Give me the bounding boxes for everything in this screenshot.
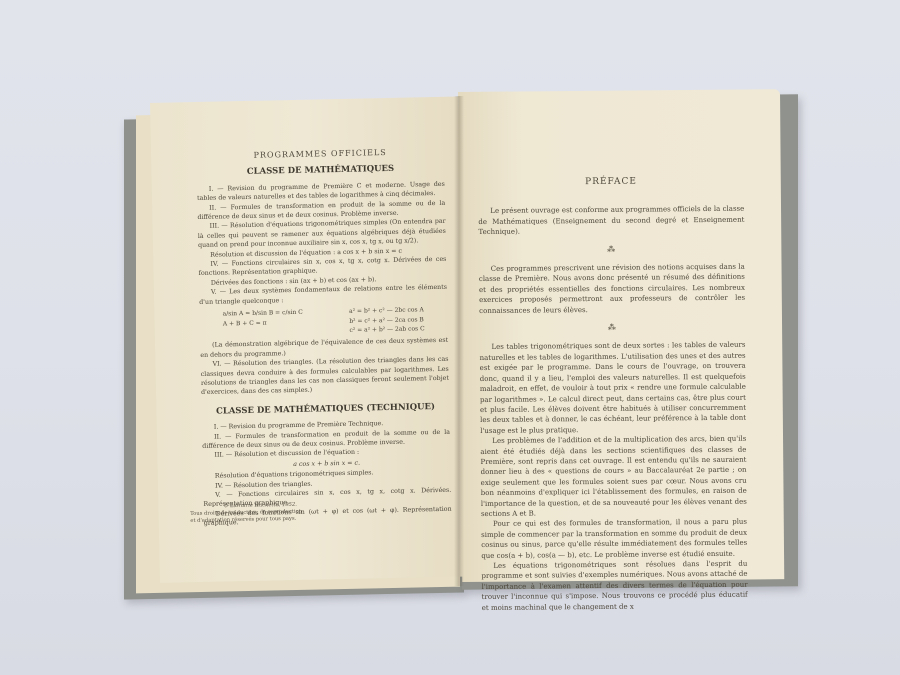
open-book: PROGRAMMES OFFICIELS CLASSE DE MATHÉMATI… [0, 0, 900, 675]
equation-systems: a/sin A = b/sin B = c/sin C A + B + C = … [199, 305, 448, 338]
paragraph: Ces programmes prescrivent une révision … [479, 262, 745, 316]
equation: a/sin A = b/sin B = c/sin C [223, 308, 303, 319]
asterism-separator: ⁂ [479, 322, 745, 335]
paragraph: Le présent ouvrage est conforme aux prog… [478, 204, 744, 238]
paragraph: V. — Les deux systèmes fondamentaux de r… [199, 283, 447, 307]
paragraph: Les problèmes de l'addition et de la mul… [480, 434, 747, 520]
equation: A + B + C = π [223, 317, 303, 328]
page-header: PROGRAMMES OFFICIELS [196, 147, 444, 162]
book-spine [454, 96, 464, 586]
paragraph: Les tables trigonométriques sont de deux… [479, 340, 746, 436]
paragraph: Pour ce qui est des formules de transfor… [481, 517, 747, 561]
paragraph: Les équations trigonométriques sont réso… [481, 559, 747, 613]
paragraph: VI. — Résolution des triangles. (La réso… [200, 355, 449, 398]
right-page-text: PRÉFACE Le présent ouvrage est conforme … [478, 176, 748, 613]
left-page-text: PROGRAMMES OFFICIELS CLASSE DE MATHÉMATI… [196, 143, 452, 529]
asterism-separator: ⁂ [479, 243, 745, 256]
paragraph: III. — Résolution d'équations trigonomét… [198, 217, 447, 250]
preface-title: PRÉFACE [478, 176, 744, 189]
cosine-law-system: a² = b² + c² — 2bc cos A b² = c² + a² — … [349, 305, 425, 335]
equation: c² = a² + b² — 2ab cos C [349, 324, 424, 335]
section-title: CLASSE DE MATHÉMATIQUES (TECHNIQUE) [201, 402, 449, 417]
section-title: CLASSE DE MATHÉMATIQUES [196, 164, 444, 179]
sine-law-system: a/sin A = b/sin B = c/sin C A + B + C = … [223, 308, 304, 338]
copyright-notice: © Librairie Hachette, 1952. Tous droits … [190, 501, 330, 525]
